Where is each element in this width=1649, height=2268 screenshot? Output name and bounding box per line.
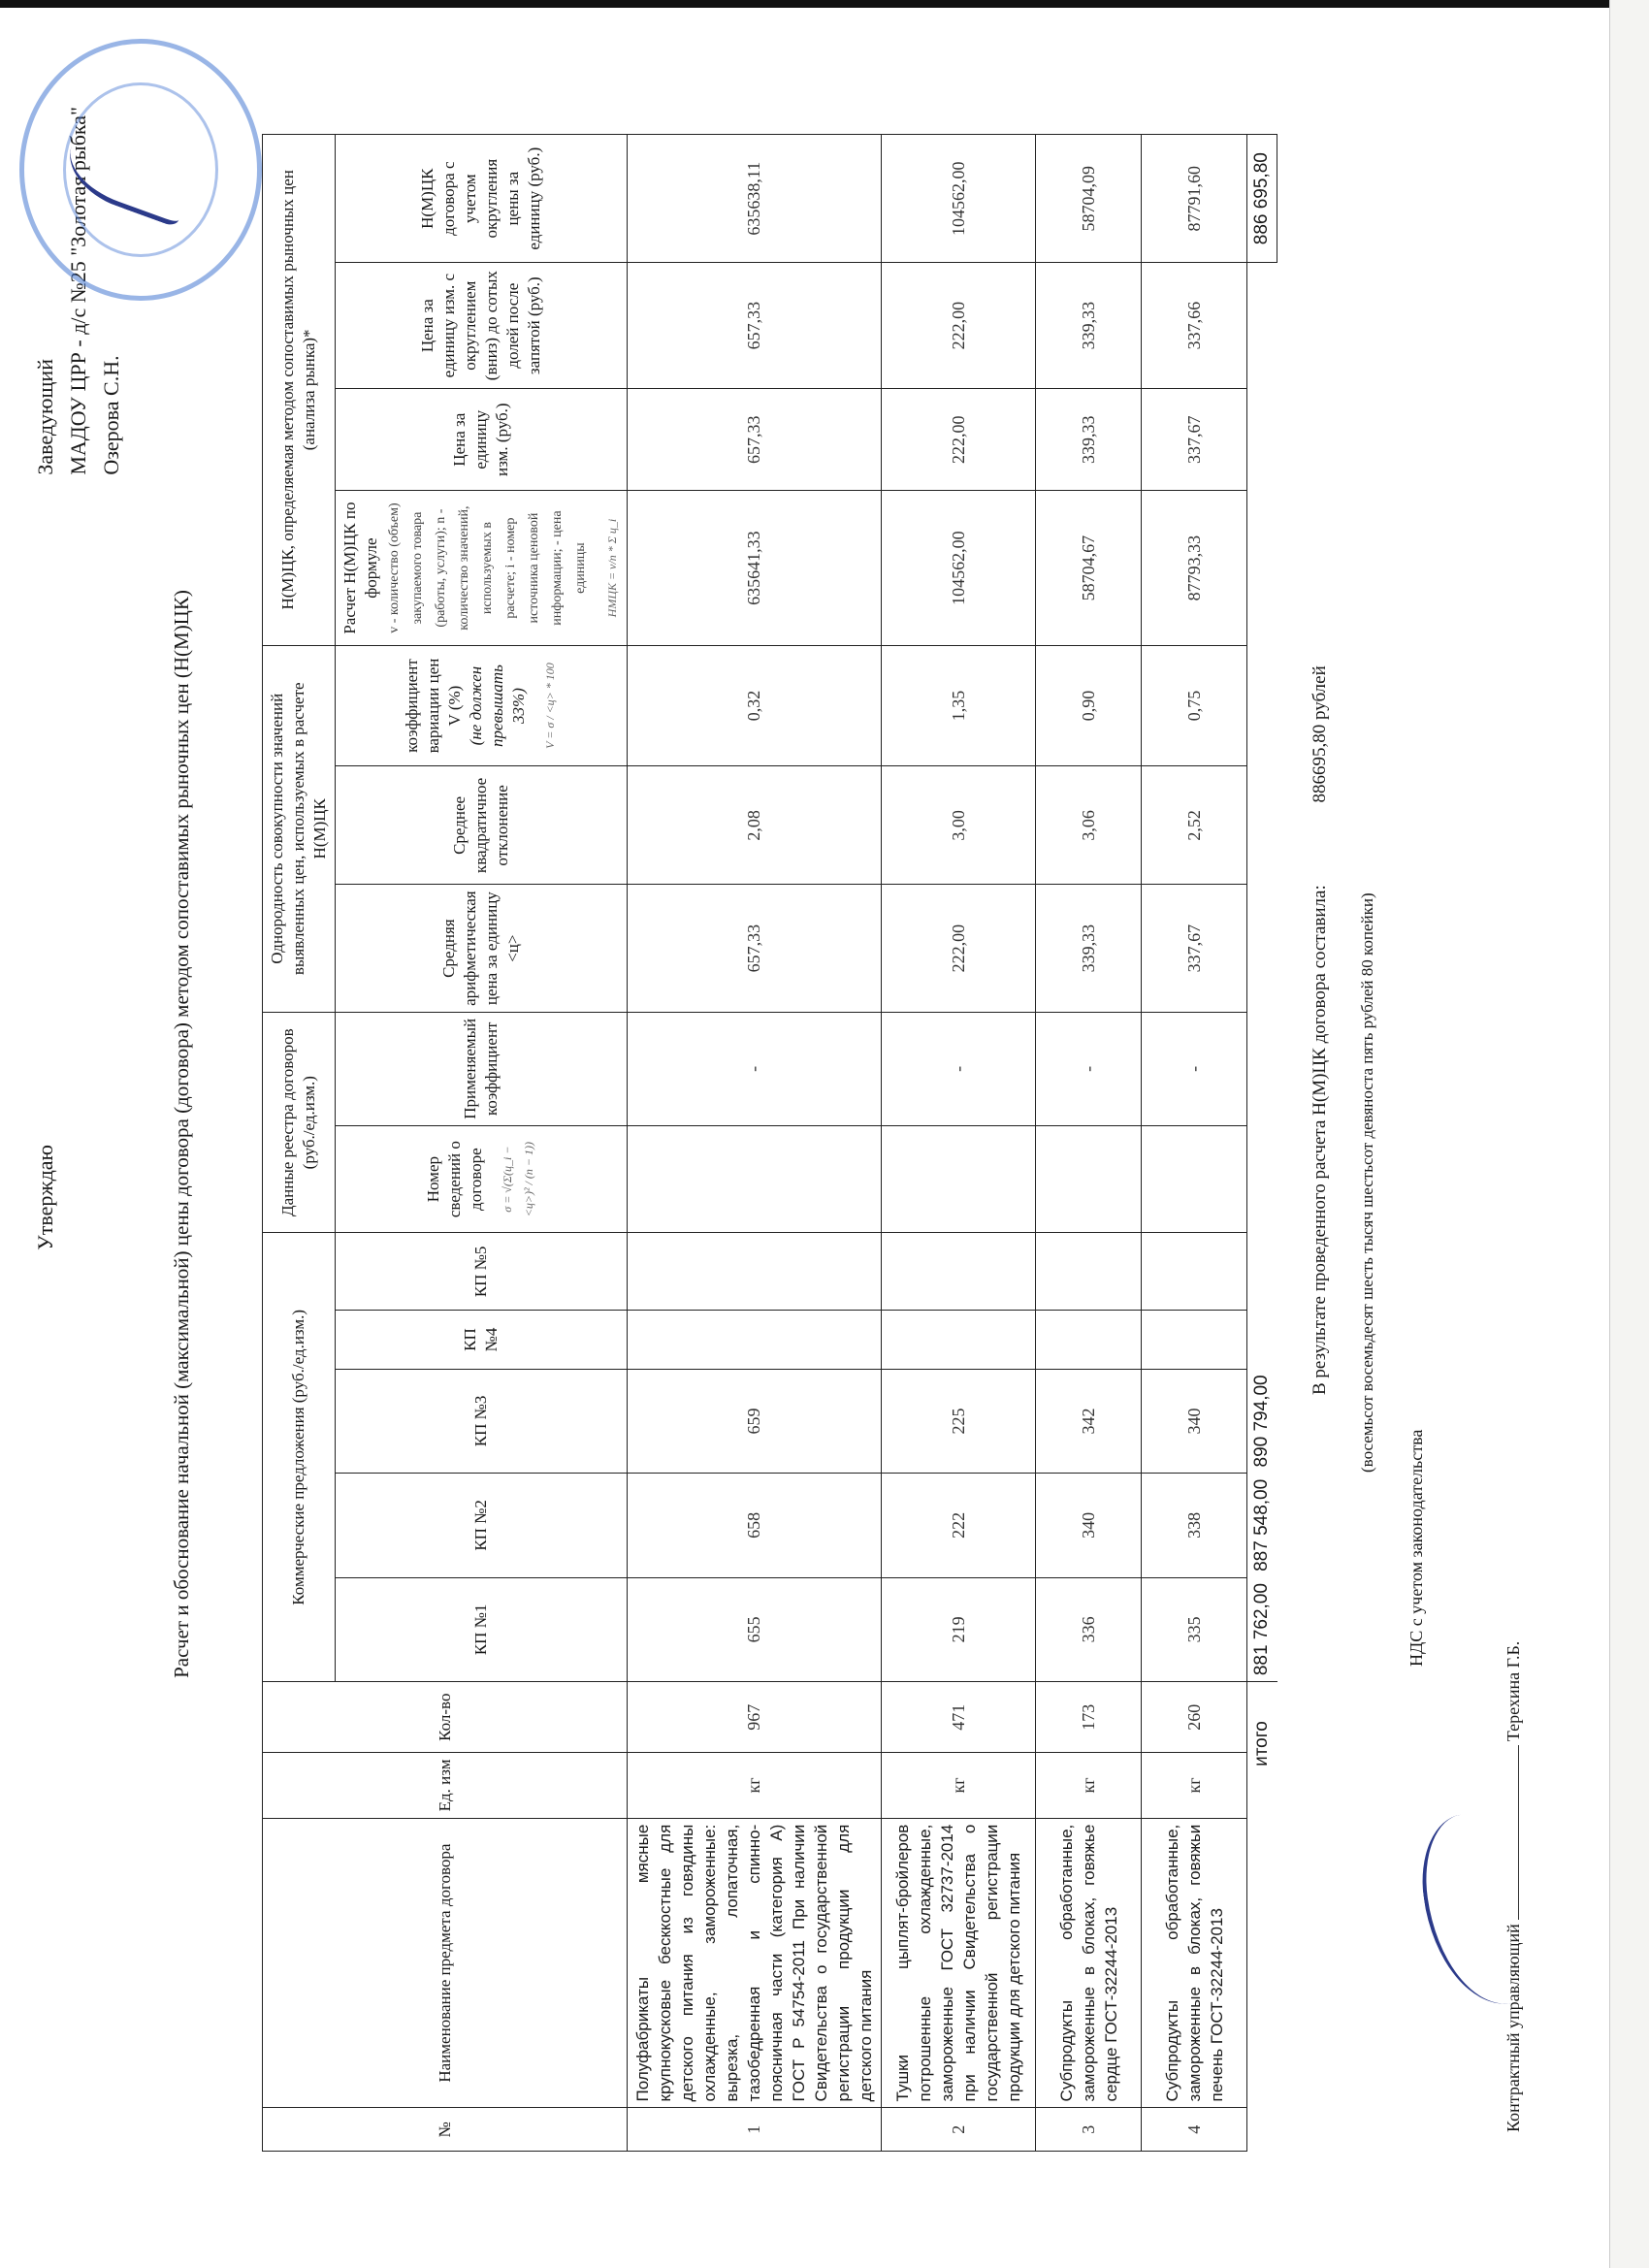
row-calc: 58704,67 bbox=[1036, 491, 1142, 645]
header-variation: коэффициент вариации цен V (%) (не долже… bbox=[336, 645, 628, 766]
row-kp4 bbox=[628, 1311, 882, 1369]
header-qty: Кол-во bbox=[263, 1682, 628, 1753]
total-nmck: 886 695,80 bbox=[1247, 135, 1277, 263]
row-kp1: 219 bbox=[882, 1577, 1036, 1682]
total-kp2: 887 548,00 bbox=[1247, 1474, 1277, 1577]
scan-right-edge bbox=[1609, 0, 1649, 2268]
stddev-formula: σ = √(Σ(ц_i − <ц>)² / (n − 1)) bbox=[497, 1132, 539, 1227]
table-row: 4Субпродукты обработанные, замороженные … bbox=[1142, 135, 1247, 2152]
result-in-words: (восемьсот восемьдесят шесть тысяч шесть… bbox=[1358, 892, 1377, 1473]
header-mean: Средняя арифметическая цена за единицу <… bbox=[336, 885, 628, 1012]
row-kp3: 225 bbox=[882, 1369, 1036, 1473]
manager-name: Терехина Г.Б. bbox=[1503, 1641, 1523, 1742]
row-nmck-rounded: 87791,60 bbox=[1142, 135, 1247, 263]
header-name: Наименование предмета договора bbox=[263, 1818, 628, 2108]
header-calc: Расчет Н(М)ЦК по формуле v - количество … bbox=[336, 491, 628, 645]
row-stddev: 3,06 bbox=[1036, 766, 1142, 885]
row-qty: 173 bbox=[1036, 1682, 1142, 1753]
header-kp2: КП №2 bbox=[336, 1474, 628, 1577]
row-num: 2 bbox=[882, 2108, 1036, 2152]
header-num: № bbox=[263, 2108, 628, 2152]
row-name: Субпродукты обработанные, замороженные в… bbox=[1142, 1818, 1247, 2108]
header-kp1: КП №1 bbox=[336, 1577, 628, 1682]
row-registry-number bbox=[1142, 1125, 1247, 1233]
row-mean: 657,33 bbox=[628, 885, 882, 1012]
row-unit: кг bbox=[1142, 1753, 1247, 1818]
header-nmck: Н(М)ЦК, определяемая методом сопоставимы… bbox=[263, 135, 336, 646]
row-nmck-rounded: 58704,09 bbox=[1036, 135, 1142, 263]
row-unit-price: 657,33 bbox=[628, 388, 882, 491]
row-qty: 967 bbox=[628, 1682, 882, 1753]
row-kp2: 222 bbox=[882, 1474, 1036, 1577]
row-unit-price-rounded: 337,66 bbox=[1142, 263, 1247, 389]
row-name: Полуфабрикаты мясные крупнокусковые беск… bbox=[628, 1818, 882, 2108]
row-coefficient: - bbox=[628, 1012, 882, 1125]
row-registry-number bbox=[882, 1125, 1036, 1233]
document-title: Расчет и обоснование начальной (максимал… bbox=[170, 0, 194, 2268]
header-unit-price-rounded: Цена за единицу изм. с округлением (вниз… bbox=[336, 263, 628, 389]
row-mean: 222,00 bbox=[882, 885, 1036, 1012]
row-variation: 0,90 bbox=[1036, 645, 1142, 766]
row-kp2: 340 bbox=[1036, 1474, 1142, 1577]
row-kp4 bbox=[882, 1311, 1036, 1369]
row-coefficient: - bbox=[882, 1012, 1036, 1125]
row-kp2: 338 bbox=[1142, 1474, 1247, 1577]
header-kp4: КП №4 bbox=[336, 1311, 628, 1369]
row-unit-price-rounded: 657,33 bbox=[628, 263, 882, 389]
row-name: Тушки цыплят-бройлеров потрошенные охлаж… bbox=[882, 1818, 1036, 2108]
header-row-1: № Наименование предмета договора Ед. изм… bbox=[263, 135, 336, 2152]
header-registry: Данные реестра договоров (руб./ед.изм.) bbox=[263, 1012, 336, 1233]
calc-formula: НМЦК = v/n * Σ ц_i bbox=[601, 497, 623, 638]
document-page: Утверждаю Заведующий МАДОУ ЦРР - д/с №25… bbox=[0, 0, 1610, 2268]
table-body: 1Полуфабрикаты мясные крупнокусковые бес… bbox=[628, 135, 1247, 2152]
row-kp1: 335 bbox=[1142, 1577, 1247, 1682]
variation-label: коэффициент вариации цен V (%) bbox=[403, 659, 464, 754]
row-stddev: 3,00 bbox=[882, 766, 1036, 885]
row-unit-price: 339,33 bbox=[1036, 388, 1142, 491]
row-kp5 bbox=[628, 1233, 882, 1311]
row-unit-price: 222,00 bbox=[882, 388, 1036, 491]
header-unit-price: Цена за единицу изм. (руб.) bbox=[336, 388, 628, 491]
row-nmck-rounded: 104562,00 bbox=[882, 135, 1036, 263]
table-row: 1Полуфабрикаты мясные крупнокусковые бес… bbox=[628, 135, 882, 2152]
row-name: Субпродукты обработанные, замороженные в… bbox=[1036, 1818, 1142, 2108]
header-kp3: КП №3 bbox=[336, 1369, 628, 1473]
row-num: 4 bbox=[1142, 2108, 1247, 2152]
header-unit: Ед. изм bbox=[263, 1753, 628, 1818]
result-text: В результате проведенного расчета Н(М)ЦК… bbox=[1309, 885, 1330, 1395]
row-unit-price-rounded: 222,00 bbox=[882, 263, 1036, 389]
variation-formula: V = σ / <ц> * 100 bbox=[539, 652, 561, 761]
approval-label: Утверждаю bbox=[29, 1145, 62, 1250]
row-mean: 337,67 bbox=[1142, 885, 1247, 1012]
row-num: 3 bbox=[1036, 2108, 1142, 2152]
row-num: 1 bbox=[628, 2108, 882, 2152]
row-mean: 339,33 bbox=[1036, 885, 1142, 1012]
row-stddev: 2,52 bbox=[1142, 766, 1247, 885]
nmck-calculation-table: № Наименование предмета договора Ед. изм… bbox=[262, 134, 1277, 2152]
row-kp5 bbox=[882, 1233, 1036, 1311]
header-stddev: Среднее квадратичное отклонение bbox=[336, 766, 628, 885]
row-kp4 bbox=[1036, 1311, 1142, 1369]
row-calc: 104562,00 bbox=[882, 491, 1036, 645]
header-homogeneity: Однородность совокупности значений выявл… bbox=[263, 645, 336, 1012]
row-kp5 bbox=[1142, 1233, 1247, 1311]
row-kp1: 655 bbox=[628, 1577, 882, 1682]
row-variation: 0,32 bbox=[628, 645, 882, 766]
header-coefficient: Применяемый коэффициент bbox=[336, 1012, 628, 1125]
row-kp3: 340 bbox=[1142, 1369, 1247, 1473]
row-kp3: 659 bbox=[628, 1369, 882, 1473]
total-kp1: 881 762,00 bbox=[1247, 1577, 1277, 1682]
row-qty: 260 bbox=[1142, 1682, 1247, 1753]
row-stddev: 2,08 bbox=[628, 766, 882, 885]
vat-note: НДС с учетом законодательства bbox=[1406, 1430, 1427, 1667]
row-kp3: 342 bbox=[1036, 1369, 1142, 1473]
row-calc: 87793,33 bbox=[1142, 491, 1247, 645]
row-variation: 0,75 bbox=[1142, 645, 1247, 766]
table-row: 2Тушки цыплят-бройлеров потрошенные охла… bbox=[882, 135, 1036, 2152]
calc-label: Расчет Н(М)ЦК по формуле bbox=[340, 502, 380, 634]
row-variation: 1,35 bbox=[882, 645, 1036, 766]
handwritten-signature-icon bbox=[1413, 1804, 1560, 2013]
row-qty: 471 bbox=[882, 1682, 1036, 1753]
row-unit: кг bbox=[1036, 1753, 1142, 1818]
header-commercial-offers: Коммерческие предложения (руб./ед.изм.) bbox=[263, 1233, 336, 1682]
totals-row: итого 881 762,00 887 548,00 890 794,00 8… bbox=[1247, 135, 1277, 2152]
row-calc: 635641,33 bbox=[628, 491, 882, 645]
row-unit: кг bbox=[882, 1753, 1036, 1818]
header-kp5: КП №5 bbox=[336, 1233, 628, 1311]
row-kp5 bbox=[1036, 1233, 1142, 1311]
row-registry-number bbox=[1036, 1125, 1142, 1233]
registry-number-label: Номер сведений о договоре bbox=[424, 1141, 485, 1217]
variation-note: (не должен превышать 33%) bbox=[467, 664, 528, 747]
row-coefficient: - bbox=[1142, 1012, 1247, 1125]
header-nmck-rounded: Н(М)ЦК договора с учетом округления цены… bbox=[336, 135, 628, 263]
row-nmck-rounded: 635638,11 bbox=[628, 135, 882, 263]
calc-note: v - количество (объем) закупаемого товар… bbox=[387, 502, 588, 632]
header-registry-number: Номер сведений о договоре σ = √(Σ(ц_i − … bbox=[336, 1125, 628, 1233]
row-registry-number bbox=[628, 1125, 882, 1233]
row-unit-price-rounded: 339,33 bbox=[1036, 263, 1142, 389]
total-kp3: 890 794,00 bbox=[1247, 1369, 1277, 1473]
table-row: 3Субпродукты обработанные, замороженные … bbox=[1036, 135, 1142, 2152]
result-value: 886695,80 рублей bbox=[1309, 665, 1330, 802]
row-unit-price: 337,67 bbox=[1142, 388, 1247, 491]
result-line: В результате проведенного расчета Н(М)ЦК… bbox=[1309, 665, 1331, 1395]
row-kp2: 658 bbox=[628, 1474, 882, 1577]
row-unit: кг bbox=[628, 1753, 882, 1818]
totals-label: итого bbox=[1247, 1682, 1277, 2152]
row-coefficient: - bbox=[1036, 1012, 1142, 1125]
row-kp4 bbox=[1142, 1311, 1247, 1369]
row-kp1: 336 bbox=[1036, 1577, 1142, 1682]
